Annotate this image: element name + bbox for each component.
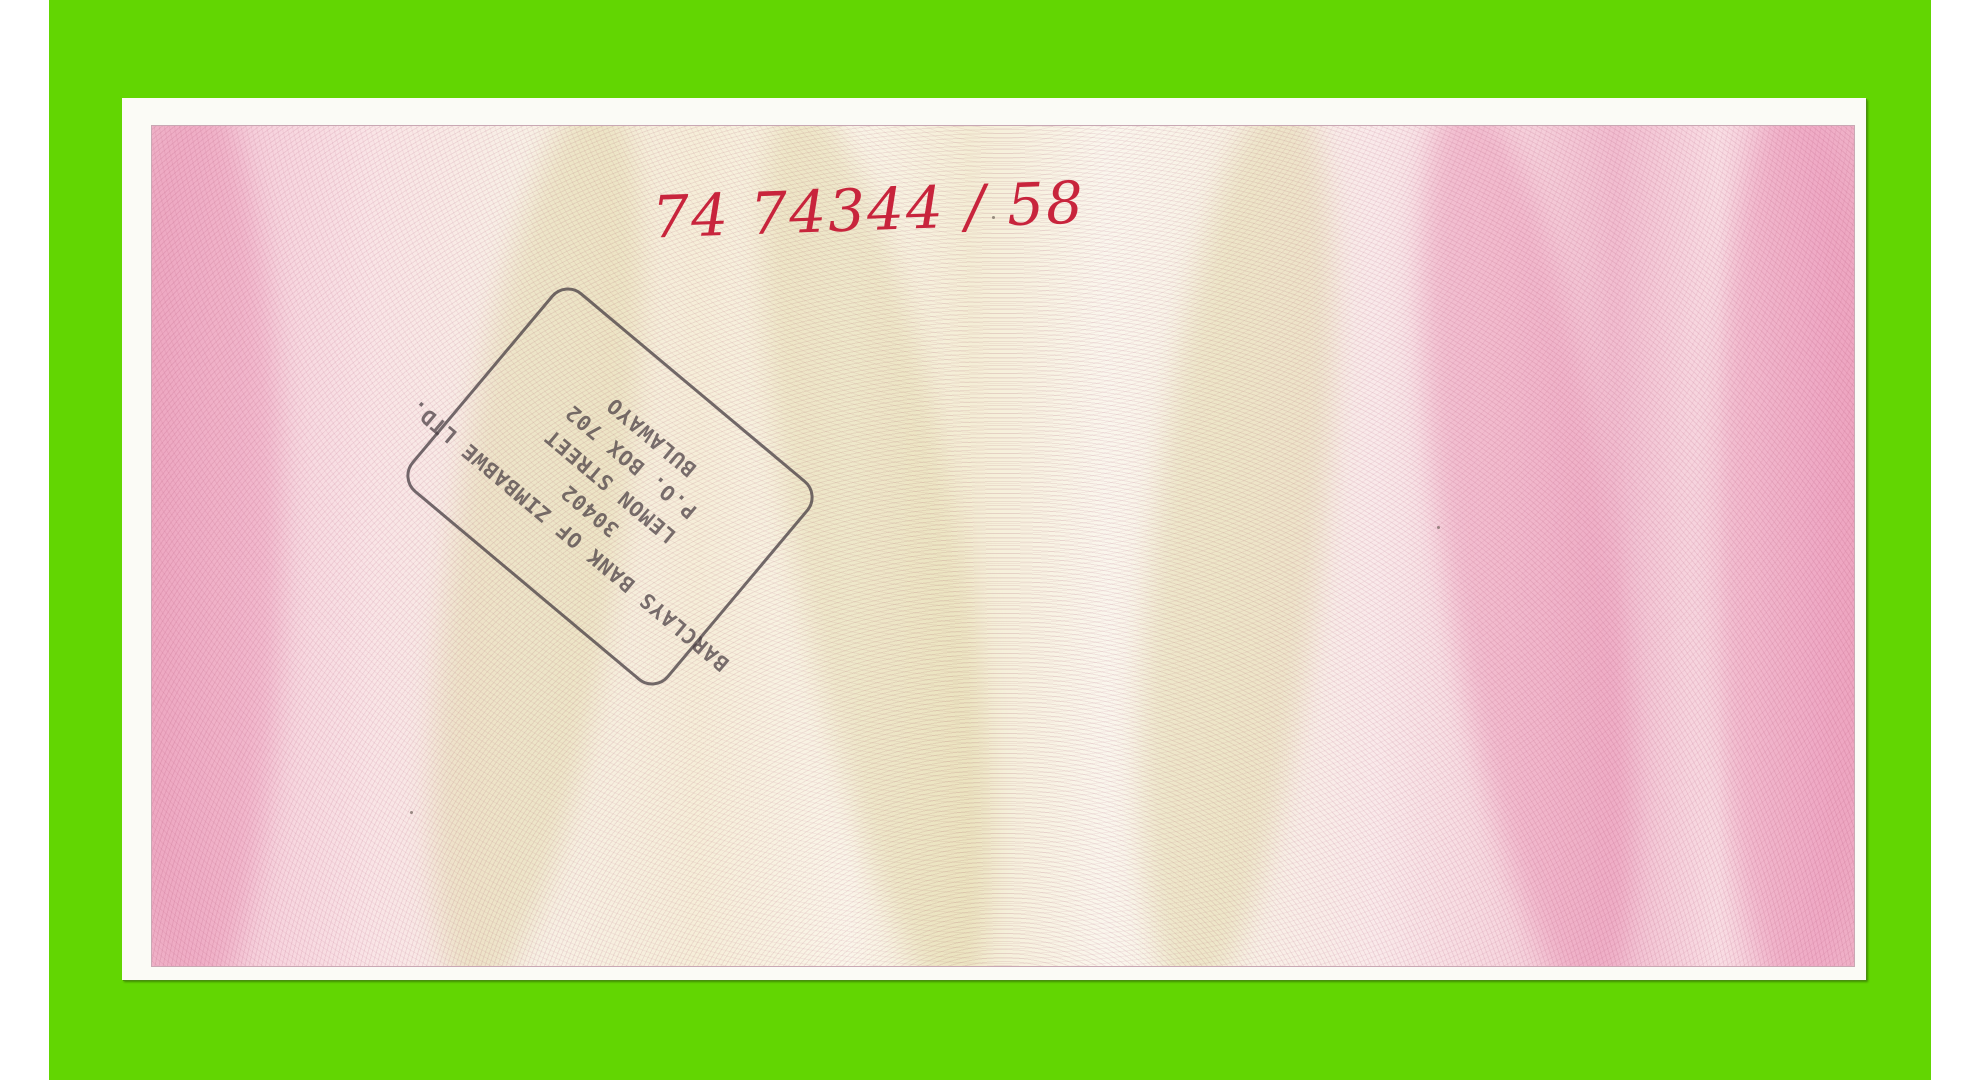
ink-speck [410, 811, 413, 814]
security-pattern-panel: 74 74344 / 58 BARCLAYS BANK OF ZIMBABWE … [151, 125, 1855, 967]
ink-speck [992, 216, 995, 219]
ink-speck [1437, 526, 1440, 529]
guilloche-texture [152, 126, 1854, 966]
document-paper: 74 74344 / 58 BARCLAYS BANK OF ZIMBABWE … [122, 98, 1866, 980]
